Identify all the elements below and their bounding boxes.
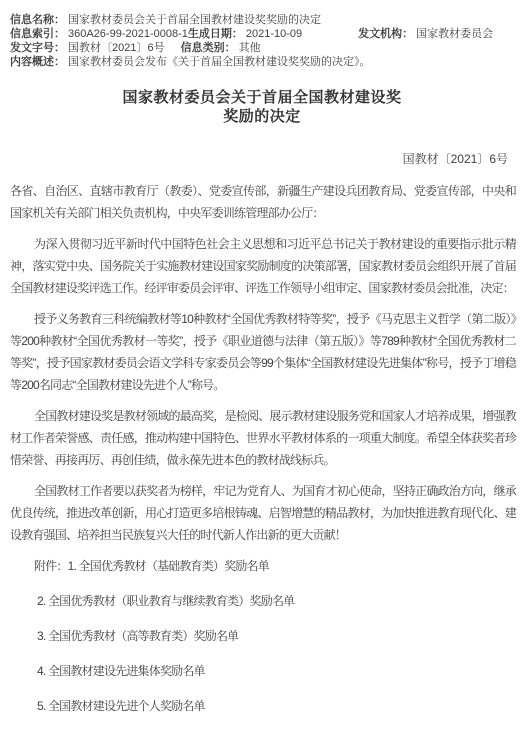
info-row-summary: 内容概述：国家教材委员会发布《关于首届全国教材建设奖奖励的决定》。: [10, 55, 514, 69]
salutation: 各省、自治区、直辖市教育厅（教委）、党委宣传部，新疆生产建设兵团教育局、党委宣传…: [10, 180, 516, 224]
info-date-label: 生成日期：: [188, 28, 243, 40]
info-agency-value: 国家教材委员会: [416, 28, 493, 40]
body-paragraph: 全国教材工作者要以获奖者为榜样，牢记为党育人、为国育才初心使命，坚持正确政治方向…: [10, 480, 516, 546]
body-paragraph: 全国教材建设奖是教材领域的最高奖，是检阅、展示教材建设服务党和国家人才培养成果，…: [10, 405, 516, 471]
document-title-line1: 国家教材委员会关于首届全国教材建设奖: [122, 89, 401, 106]
info-agency-label: 发文机构：: [358, 28, 413, 40]
document-page: 信息名称：国家教材委员会关于首届全国教材建设奖奖励的决定 信息索引：360A26…: [0, 0, 524, 742]
info-row-docno-category: 发文字号：国教材〔2021〕6号信息类别：其他: [10, 41, 514, 55]
info-row-index-date-agency: 信息索引：360A26-99-2021-0008-1生成日期：2021-10-0…: [10, 27, 514, 41]
document-title: 国家教材委员会关于首届全国教材建设奖 奖励的决定: [0, 88, 524, 126]
body-paragraph: 授予义务教育三科统编教材等10种教材“全国优秀教材特等奖”，授予《马克思主义哲学…: [10, 308, 516, 396]
document-title-line2: 奖励的决定: [223, 108, 301, 125]
info-category-label: 信息类别：: [181, 42, 236, 54]
attachment-item: 2. 全国优秀教材（职业教育与继续教育类）奖励名单: [10, 590, 516, 612]
attachment-item: 3. 全国优秀教材（高等教育类）奖励名单: [10, 625, 516, 647]
info-row-name: 信息名称：国家教材委员会关于首届全国教材建设奖奖励的决定: [10, 13, 514, 27]
body-paragraph: 为深入贯彻习近平新时代中国特色社会主义思想和习近平总书记关于教材建设的重要指示批…: [10, 233, 516, 299]
info-summary-label: 内容概述：: [10, 56, 65, 68]
info-category-value: 其他: [239, 42, 261, 54]
info-docno-value: 国教材〔2021〕6号: [68, 42, 165, 54]
info-docno-label: 发文字号：: [10, 42, 65, 54]
info-name-label: 信息名称：: [10, 14, 65, 26]
info-summary-value: 国家教材委员会发布《关于首届全国教材建设奖奖励的决定》。: [68, 56, 371, 68]
info-name-value: 国家教材委员会关于首届全国教材建设奖奖励的决定: [68, 14, 321, 26]
document-body: 各省、自治区、直辖市教育厅（教委）、党委宣传部，新疆生产建设兵团教育局、党委宣传…: [0, 180, 524, 717]
info-header: 信息名称：国家教材委员会关于首届全国教材建设奖奖励的决定 信息索引：360A26…: [0, 0, 524, 69]
attachments-lead: 附件：1. 全国优秀教材（基础教育类）奖励名单: [10, 555, 516, 577]
info-index-label: 信息索引：: [10, 28, 65, 40]
attachment-item: 5. 全国教材建设先进个人奖励名单: [10, 695, 516, 717]
attachment-item: 1. 全国优秀教材（基础教育类）奖励名单: [68, 559, 269, 573]
info-date-value: 2021-10-09: [246, 28, 302, 40]
attachment-item: 4. 全国教材建设先进集体奖励名单: [10, 660, 516, 682]
document-number: 国教材〔2021〕6号: [0, 151, 524, 168]
info-index-value: 360A26-99-2021-0008-1: [68, 28, 188, 40]
attachments-label: 附件：: [34, 559, 68, 573]
